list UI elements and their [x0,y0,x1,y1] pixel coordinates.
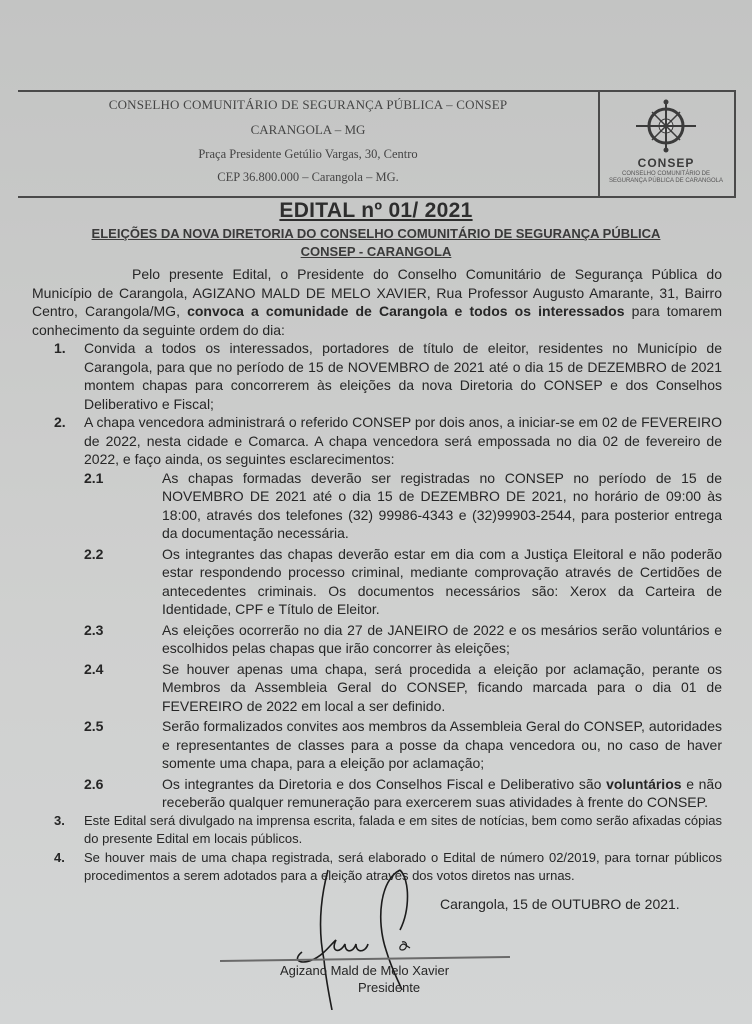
sub-item: 2.6Os integrantes da Diretoria e dos Con… [32,775,722,812]
item-text: Este Edital será divulgado na imprensa e… [84,813,722,847]
document-title: EDITAL nº 01/ 2021 [0,199,752,223]
intro-paragraph: Pelo presente Edital, o Presidente do Co… [32,265,722,339]
letterhead-text: CONSELHO COMUNITÁRIO DE SEGURANÇA PÚBLIC… [18,92,598,196]
list-item: 2.A chapa vencedora administrará o refer… [32,413,722,469]
place-and-date: Carangola, 15 de OUTUBRO de 2021. [440,896,680,912]
sub-item-text-bold: voluntários [606,776,681,792]
sub-item-text: Serão formalizados convites aos membros … [162,718,722,771]
list-item: 3.Este Edital será divulgado na imprensa… [32,812,722,849]
logo-subtext: CONSELHO COMUNITÁRIO DE SEGURANÇA PÚBLIC… [606,171,726,185]
organization-postal-code: CEP 36.800.000 – Carangola – MG. [18,170,598,185]
item-number: 4. [54,849,65,868]
sub-item-text: Os integrantes das chapas deverão estar … [162,546,722,618]
document-subtitle-line2: CONSEP - CARANGOLA [0,244,752,259]
signer-role: Presidente [358,980,420,995]
sub-item: 2.4Se houver apenas uma chapa, será proc… [32,660,722,716]
sub-item-number: 2.1 [84,469,103,488]
item-text: A chapa vencedora administrará o referid… [84,414,722,467]
sub-item-text: As eleições ocorrerão no dia 27 de JANEI… [162,622,722,657]
consep-logo: CONSEP CONSELHO COMUNITÁRIO DE SEGURANÇA… [606,98,726,194]
sub-item: 2.3As eleições ocorrerão no dia 27 de JA… [32,621,722,658]
organization-city: CARANGOLA – MG [18,122,598,138]
signer-name: Agizano Mald de Melo Xavier [280,963,449,978]
sub-item-number: 2.2 [84,545,103,564]
item-number: 1. [54,339,66,358]
organization-address: Praça Presidente Getúlio Vargas, 30, Cen… [18,147,598,162]
document-body: Pelo presente Edital, o Presidente do Co… [32,265,722,886]
item-text: Convida a todos os interessados, portado… [84,340,722,412]
intro-text-bold: convoca a comunidade de Carangola e todo… [187,303,624,319]
edital-document-page: CONSELHO COMUNITÁRIO DE SEGURANÇA PÚBLIC… [0,0,752,1024]
organization-name: CONSELHO COMUNITÁRIO DE SEGURANÇA PÚBLIC… [18,97,598,113]
item-number: 3. [54,812,65,831]
sub-item-text-start: Os integrantes da Diretoria e dos Consel… [162,776,606,792]
letterhead-divider [598,92,600,196]
sub-item-text: As chapas formadas deverão ser registrad… [162,470,722,542]
logo-wordmark: CONSEP [606,156,726,170]
list-item: 1.Convida a todos os interessados, porta… [32,339,722,413]
consep-compass-emblem-icon [606,98,726,156]
sub-item-number: 2.4 [84,660,103,679]
sub-item-number: 2.3 [84,621,103,640]
sub-item: 2.1As chapas formadas deverão ser regist… [32,469,722,543]
document-subtitle-line1: ELEIÇÕES DA NOVA DIRETORIA DO CONSELHO C… [0,226,752,241]
sub-item-text: Se houver apenas uma chapa, será procedi… [162,661,722,714]
sub-item: 2.2Os integrantes das chapas deverão est… [32,545,722,619]
item-number: 2. [54,413,66,432]
sub-item: 2.5Serão formalizados convites aos membr… [32,717,722,773]
sub-item-number: 2.6 [84,775,103,794]
letterhead: CONSELHO COMUNITÁRIO DE SEGURANÇA PÚBLIC… [18,90,736,198]
sub-item-number: 2.5 [84,717,103,736]
